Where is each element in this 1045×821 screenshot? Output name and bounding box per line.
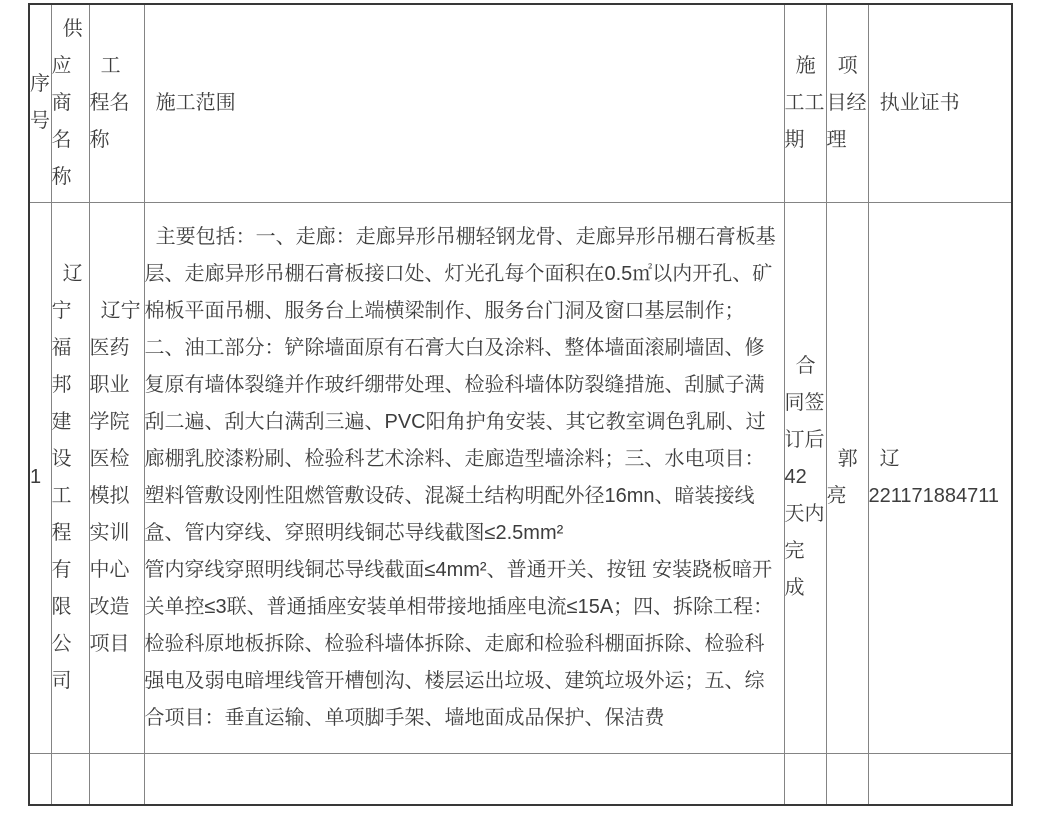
header-serial-number: 序 号 — [29, 4, 51, 202]
empty-cell-practice-certificate — [868, 753, 1012, 805]
header-project-name: 工 程名 称 — [89, 4, 144, 202]
empty-cell-serial-number — [29, 753, 51, 805]
cell-serial-number: 1 — [29, 202, 51, 753]
cell-construction-scope: 主要包括：一、走廊：走廊异形吊棚轻钢龙骨、走廊异形吊棚石膏板基层、走廊异形吊棚石… — [144, 202, 784, 753]
scope-paragraph-2: 管内穿线穿照明线铜芯导线截面≤4mm²、普通开关、按钮 安装跷板暗开关单控≤3联… — [145, 552, 784, 737]
empty-cell-construction-scope — [144, 753, 784, 805]
empty-cell-project-name — [89, 753, 144, 805]
scope-paragraph-1: 主要包括：一、走廊：走廊异形吊棚轻钢龙骨、走廊异形吊棚石膏板基层、走廊异形吊棚石… — [145, 219, 784, 552]
empty-cell-construction-period — [784, 753, 826, 805]
empty-cell-project-manager — [826, 753, 868, 805]
header-practice-certificate: 执业证书 — [868, 4, 1012, 202]
header-construction-period: 施 工工 期 — [784, 4, 826, 202]
header-construction-scope: 施工范围 — [144, 4, 784, 202]
table-header-row: 序 号 供 应 商 名 称 工 程名 称 施工范围 施 工工 期 项 目经 理 … — [29, 4, 1012, 202]
document-page: 序 号 供 应 商 名 称 工 程名 称 施工范围 施 工工 期 项 目经 理 … — [0, 0, 1045, 821]
header-project-manager: 项 目经 理 — [826, 4, 868, 202]
cell-practice-certificate: 辽 221171884711 — [868, 202, 1012, 753]
cell-project-name: 辽宁 医药 职业 学院 医检 模拟 实训 中心 改造 项目 — [89, 202, 144, 753]
cell-construction-period: 合 同签 订后 42 天内 完 成 — [784, 202, 826, 753]
table-row: 1 辽 宁 福 邦 建 设 工 程 有 限 公 司 辽宁 医药 职业 学院 医检… — [29, 202, 1012, 753]
cell-supplier-name: 辽 宁 福 邦 建 设 工 程 有 限 公 司 — [51, 202, 89, 753]
empty-cell-supplier-name — [51, 753, 89, 805]
construction-bid-table: 序 号 供 应 商 名 称 工 程名 称 施工范围 施 工工 期 项 目经 理 … — [28, 3, 1013, 806]
empty-row — [29, 753, 1012, 805]
cell-project-manager: 郭 亮 — [826, 202, 868, 753]
header-supplier-name: 供 应 商 名 称 — [51, 4, 89, 202]
